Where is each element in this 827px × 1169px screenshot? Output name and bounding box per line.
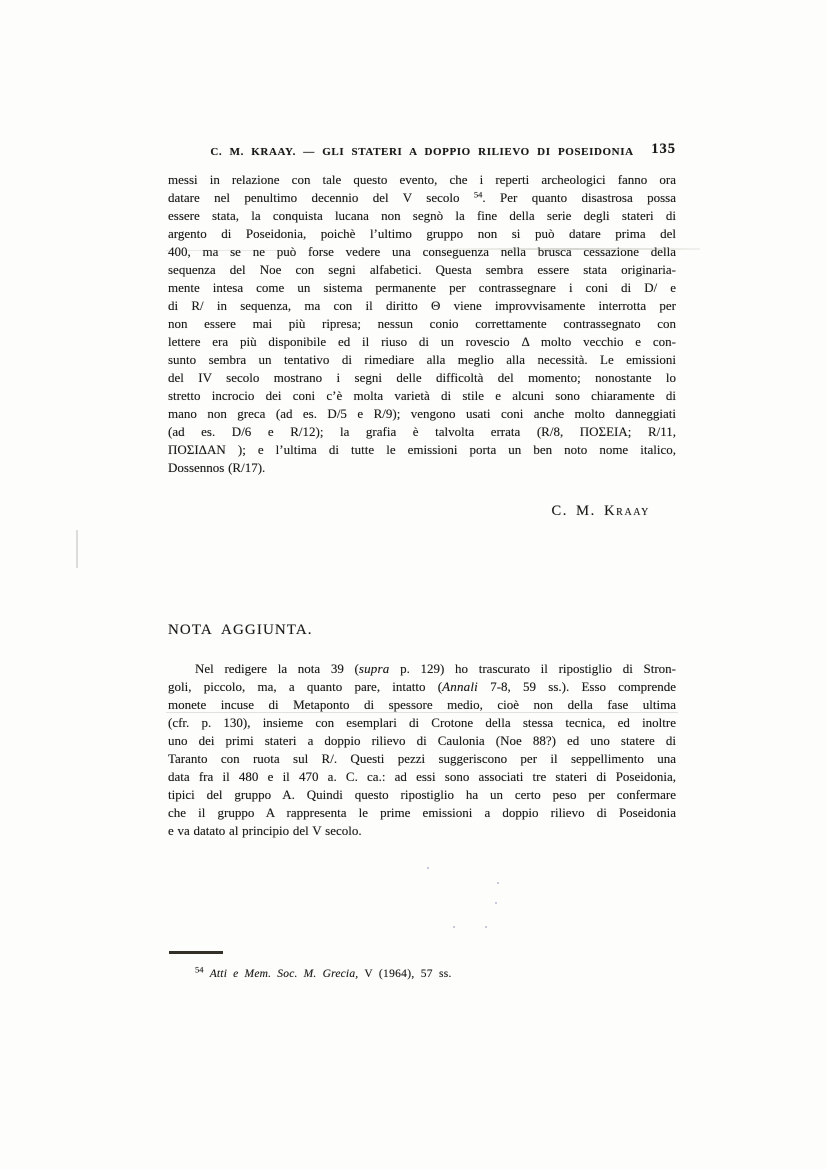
text-line: ΠΟΣΙΔΑΝ ); e l’ultima di tutte le emissi… xyxy=(168,441,676,459)
text-line: mano non greca (ad es. D/5 e R/9); vengo… xyxy=(168,405,676,423)
text-line: monete incuse di Metaponto di spessore m… xyxy=(168,696,676,714)
running-header: C. M. KRAAY. — GLI STATERI A DOPPIO RILI… xyxy=(168,143,676,161)
text-line: stretto incrocio dei coni c’è molta vari… xyxy=(168,387,676,405)
text-line: mente intesa come un sistema permanente … xyxy=(168,279,676,297)
text-line: e va datato al principio del V secolo. xyxy=(168,822,676,840)
scan-speck-artifact xyxy=(485,926,487,928)
scan-speck-artifact xyxy=(497,882,499,884)
text-line: goli, piccolo, ma, a quanto pare, intatt… xyxy=(168,678,676,696)
author-signature: C. M. Kraay xyxy=(168,503,650,520)
text-line: Taranto con ruota sul R/. Questi pezzi s… xyxy=(168,750,676,768)
text-line: uno dei primi stateri a doppio rilievo d… xyxy=(168,732,676,750)
book-page: C. M. KRAAY. — GLI STATERI A DOPPIO RILI… xyxy=(0,0,827,1169)
footnote-separator-rule xyxy=(169,951,223,954)
text-line: lettere era più disponibile ed il riuso … xyxy=(168,333,676,351)
text-line: (ad es. D/6 e R/12); la grafia è talvolt… xyxy=(168,423,676,441)
scan-speck-artifact xyxy=(453,926,455,928)
text-line: di R/ in sequenza, ma con il diritto Θ v… xyxy=(168,297,676,315)
scan-line-artifact xyxy=(76,530,78,568)
footnote: 54 Atti e Mem. Soc. M. Grecia, V (1964),… xyxy=(168,966,676,982)
text-line: messi in relazione con tale questo event… xyxy=(168,171,676,189)
text-line: del IV secolo mostrano i segni delle dif… xyxy=(168,369,676,387)
text-line: 400, ma se ne può forse vedere una conse… xyxy=(168,243,676,261)
text-line: argento di Poseidonia, poichè l’ultimo g… xyxy=(168,225,676,243)
text-line: datare nel penultimo decennio del V seco… xyxy=(168,189,676,207)
text-line: (cfr. p. 130), insieme con esemplari di … xyxy=(168,714,676,732)
text-line: data fra il 480 e il 470 a. C. ca.: ad e… xyxy=(168,768,676,786)
main-paragraph: messi in relazione con tale questo event… xyxy=(168,171,676,477)
nota-aggiunta-heading: NOTA AGGIUNTA. xyxy=(168,622,313,639)
text-line: Dossennos (R/17). xyxy=(168,459,676,477)
text-line: sunto sembra un tentativo di rimediare a… xyxy=(168,351,676,369)
text-line: essere stata, la conquista lucana non se… xyxy=(168,207,676,225)
running-header-title: C. M. KRAAY. — GLI STATERI A DOPPIO RILI… xyxy=(168,146,676,158)
nota-aggiunta-paragraph: Nel redigere la nota 39 (supra p. 129) h… xyxy=(168,660,676,840)
text-line: tipici del gruppo A. Quindi questo ripos… xyxy=(168,786,676,804)
text-line: sequenza del Noe con segni alfabetici. Q… xyxy=(168,261,676,279)
scan-speck-artifact xyxy=(427,867,429,869)
scan-speck-artifact xyxy=(495,902,497,904)
text-line: Nel redigere la nota 39 (supra p. 129) h… xyxy=(168,660,676,678)
text-line: che il gruppo A rappresenta le prime emi… xyxy=(168,804,676,822)
page-number: 135 xyxy=(651,141,676,158)
text-line: non essere mai più ripresa; nessun conio… xyxy=(168,315,676,333)
